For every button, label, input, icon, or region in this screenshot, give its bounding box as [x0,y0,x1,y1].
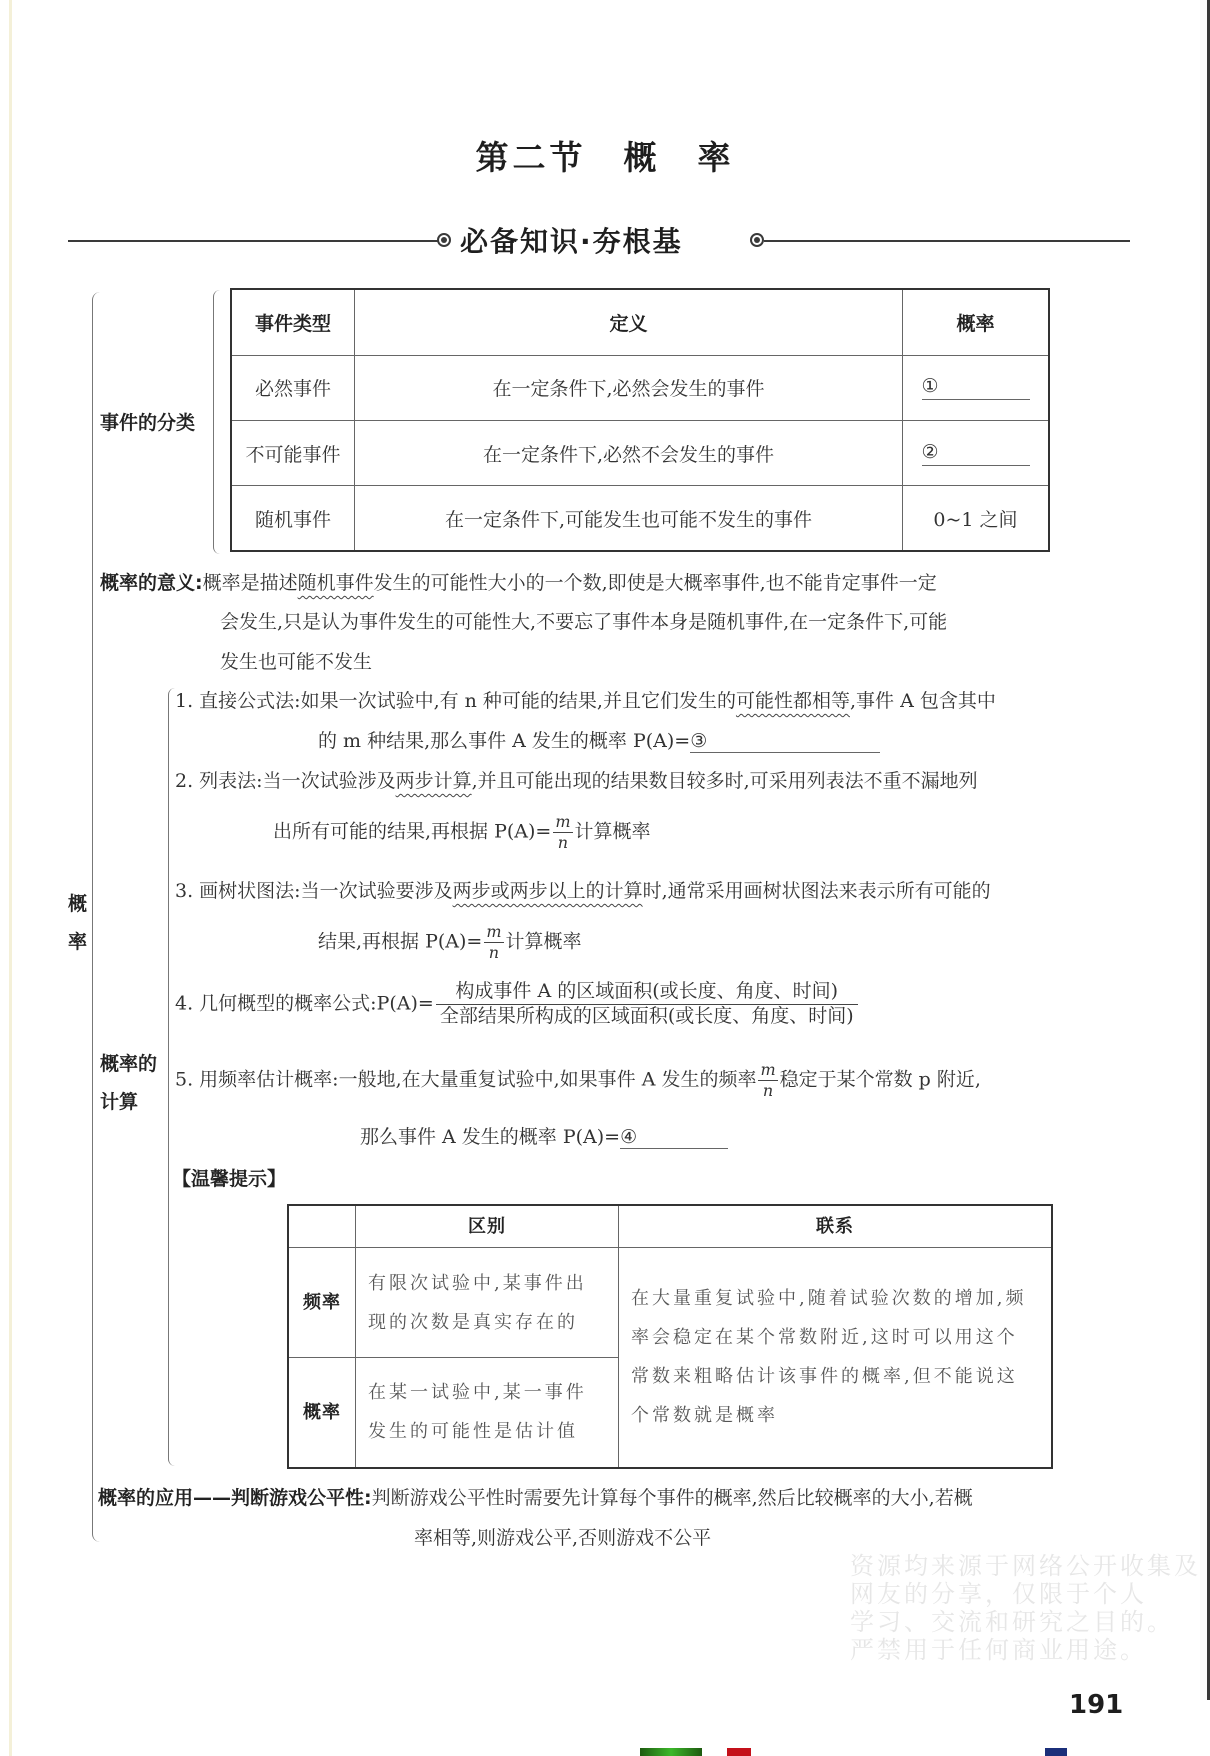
table-row: 随机事件 在一定条件下,可能发生也可能不发生的事件 0~1 之间 [231,486,1049,551]
watermark: 资源均来源于网络公开收集及 网友的分享，仅限于个人 学习、交流和研究之目的。 严… [850,1552,1201,1664]
difference-cell: 有限次试验中,某事件出 现的次数是真实存在的 [356,1248,619,1358]
frequency-vs-probability-table: 区别 联系 频率 有限次试验中,某事件出 现的次数是真实存在的 在大量重复试验中… [287,1204,1053,1469]
meaning-line-1: 概率的意义:概率是描述随机事件发生的可能性大小的一个数,即使是大概率事件,也不能… [100,568,937,595]
fraction-m-over-n: mn [484,922,503,963]
event-type-cell: 随机事件 [231,486,355,551]
application-label: 概率的应用——判断游戏公平性: [98,1487,372,1509]
root-label: 概 率 [68,885,87,961]
answer-blank-1[interactable]: ① [922,375,1030,400]
registration-swatch-red [727,1748,751,1756]
definition-cell: 在一定条件下,可能发生也可能不发生的事件 [355,486,903,551]
banner-line-left [68,240,438,242]
answer-blank-3[interactable]: ③ [690,730,880,753]
event-type-cell: 不可能事件 [231,420,355,485]
calc-item-5-line-2: 那么事件 A 发生的概率 P(A)=④ [360,1122,728,1149]
classification-brace [213,290,220,554]
answer-blank-2[interactable]: ② [922,441,1030,466]
header-probability: 概率 [903,289,1050,355]
calc-item-3-line-1: 3. 画树状图法:当一次试验要涉及两步或两步以上的计算时,通常采用画树状图法来表… [175,876,991,903]
meaning-label: 概率的意义: [100,572,203,594]
calc-item-2-line-2: 出所有可能的结果,再根据 P(A)=mn计算概率 [273,812,651,853]
calc-item-5-line-1: 5. 用频率估计概率:一般地,在大量重复试验中,如果事件 A 发生的频率mn稳定… [175,1060,981,1101]
probability-cell: ① [903,355,1050,420]
fraction-m-over-n: mn [553,812,572,853]
table-row: 不可能事件 在一定条件下,必然不会发生的事件 ② [231,420,1049,485]
fraction-m-over-n: mn [758,1060,777,1101]
definition-cell: 在一定条件下,必然不会发生的事件 [355,420,903,485]
registration-swatch-green [640,1748,702,1756]
root-brace [92,292,101,1542]
calc-item-2-line-1: 2. 列表法:当一次试验涉及两步计算,并且可能出现的结果数目较多时,可采用列表法… [175,766,978,793]
page-title: 第二节 概 率 [0,132,1210,179]
meaning-line-3: 发生也可能不发生 [220,647,372,674]
tip-label: 【温馨提示】 [172,1164,286,1191]
application-line-2: 率相等,则游戏公平,否则游戏不公平 [414,1523,711,1550]
header-event-type: 事件类型 [231,289,355,355]
emphasis-random-event: 随机事件 [298,572,374,594]
banner-circle-left-icon [437,233,451,247]
classification-label: 事件的分类 [100,408,195,435]
calc-item-1-line-2: 的 m 种结果,那么事件 A 发生的概率 P(A)=③ [318,726,880,753]
header-difference: 区别 [356,1205,619,1248]
header-relation: 联系 [619,1205,1053,1248]
page-edge-left [9,0,12,1756]
calc-item-1-line-1: 1. 直接公式法:如果一次试验中,有 n 种可能的结果,并且它们发生的可能性都相… [175,686,996,713]
section-banner: 必备知识·夯根基 [460,220,683,260]
table-row: 频率 有限次试验中,某事件出 现的次数是真实存在的 在大量重复试验中,随着试验次… [288,1248,1052,1358]
banner-circle-right-icon [750,233,764,247]
calc-item-3-line-2: 结果,再根据 P(A)=mn计算概率 [318,922,582,963]
header-definition: 定义 [355,289,903,355]
meaning-line-2: 会发生,只是认为事件发生的可能性大,不要忘了事件本身是随机事件,在一定条件下,可… [220,607,947,634]
calculation-label: 概率的 计算 [100,1045,157,1121]
event-type-cell: 必然事件 [231,355,355,420]
probability-cell: 0~1 之间 [903,486,1050,551]
definition-cell: 在一定条件下,必然会发生的事件 [355,355,903,420]
row-name: 概率 [288,1358,356,1468]
event-type-table: 事件类型 定义 概率 必然事件 在一定条件下,必然会发生的事件 ① 不可能事件 … [230,288,1050,552]
table-row: 必然事件 在一定条件下,必然会发生的事件 ① [231,355,1049,420]
calculation-brace [168,688,175,1466]
row-name: 频率 [288,1248,356,1358]
probability-cell: ② [903,420,1050,485]
page-number: 191 [1069,1690,1123,1720]
fraction-geometric-probability: 构成事件 A 的区域面积(或长度、角度、时间)全部结果所构成的区域面积(或长度、… [436,980,858,1029]
relation-cell: 在大量重复试验中,随着试验次数的增加,频 率会稳定在某个常数附近,这时可以用这个… [619,1248,1053,1468]
application-line-1: 概率的应用——判断游戏公平性:判断游戏公平性时需要先计算每个事件的概率,然后比较… [98,1483,973,1510]
header-blank [288,1205,356,1248]
difference-cell: 在某一试验中,某一事件 发生的可能性是估计值 [356,1358,619,1468]
banner-line-right [764,240,1130,242]
answer-blank-4[interactable]: ④ [620,1126,728,1149]
calc-item-4: 4. 几何概型的概率公式:P(A)=构成事件 A 的区域面积(或长度、角度、时间… [175,980,860,1029]
registration-swatch-blue [1045,1748,1067,1756]
